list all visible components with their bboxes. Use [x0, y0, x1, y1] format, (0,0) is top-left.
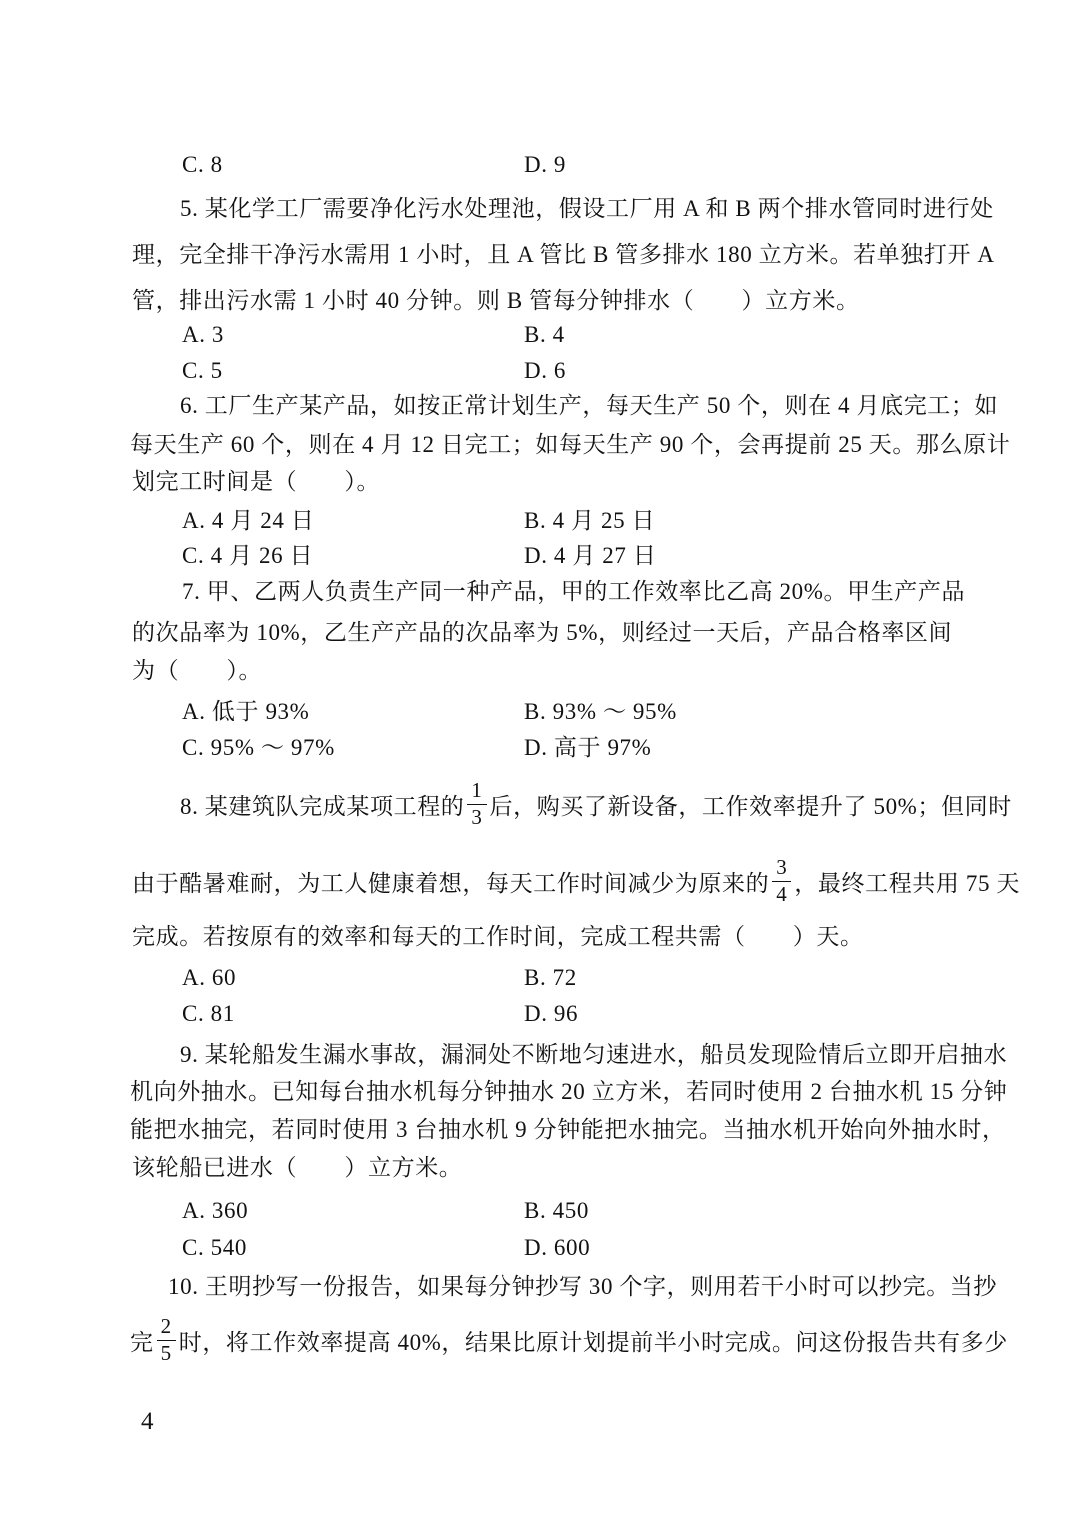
- question-8-line-1-text-pre: 8. 某建筑队完成某项工程的: [180, 788, 464, 821]
- question-8-option-a: A. 60: [182, 963, 236, 993]
- question-10-line-2-text-pre: 完: [130, 1324, 154, 1357]
- question-5-option-c: C. 5: [182, 356, 223, 386]
- question-8-line-2-text-pre: 由于酷暑难耐，为工人健康着想，每天工作时间减少为原来的: [132, 865, 769, 898]
- question-7-option-a: A. 低于 93%: [182, 697, 309, 727]
- question-9-line-3: 能把水抽完，若同时使用 3 台抽水机 9 分钟能把水抽完。当抽水机开始向外抽水时…: [130, 1115, 1006, 1145]
- question-10-line-1: 10. 王明抄写一份报告，如果每分钟抄写 30 个字，则用若干小时可以抄完。当抄: [168, 1272, 997, 1302]
- question-8-option-c: C. 81: [182, 999, 235, 1029]
- question-8-line-3: 完成。若按原有的效率和每天的工作时间，完成工程共需（ ）天。: [132, 922, 864, 952]
- question-8-option-b: B. 72: [524, 963, 577, 993]
- prev-question-option-c: C. 8: [182, 150, 223, 180]
- question-5-line-1: 5. 某化学工厂需要净化污水处理池，假设工厂用 A 和 B 两个排水管同时进行处: [180, 194, 994, 224]
- question-6-option-b: B. 4 月 25 日: [524, 506, 655, 536]
- question-9-line-2: 机向外抽水。已知每台抽水机每分钟抽水 20 立方米，若同时使用 2 台抽水机 1…: [130, 1077, 1007, 1107]
- question-5-option-d: D. 6: [524, 356, 566, 386]
- question-7-option-d: D. 高于 97%: [524, 733, 651, 763]
- question-8-line-2-text-post: ，最终工程共用 75 天: [794, 865, 1020, 898]
- fraction-three-quarters: 3 4: [772, 856, 791, 906]
- question-8-option-d: D. 96: [524, 999, 578, 1029]
- fraction-numerator: 1: [467, 779, 486, 805]
- fraction-numerator: 3: [772, 856, 791, 882]
- question-5-option-b: B. 4: [524, 320, 565, 350]
- question-6-line-3: 划完工时间是（ ）。: [132, 467, 380, 497]
- question-9-option-b: B. 450: [524, 1196, 589, 1226]
- question-9-option-c: C. 540: [182, 1233, 247, 1263]
- question-9-option-a: A. 360: [182, 1196, 248, 1226]
- question-9-option-d: D. 600: [524, 1233, 590, 1263]
- question-10-line-2-text-post: 时，将工作效率提高 40%，结果比原计划提前半小时完成。问这份报告共有多少: [179, 1324, 1008, 1357]
- question-8-line-2: 由于酷暑难耐，为工人健康着想，每天工作时间减少为原来的 3 4 ，最终工程共用 …: [132, 845, 1020, 917]
- page-number: 4: [141, 1408, 154, 1436]
- question-8-line-1-text-post: 后，购买了新设备，工作效率提升了 50%；但同时: [490, 788, 1012, 821]
- question-9-line-1: 9. 某轮船发生漏水事故，漏洞处不断地匀速进水，船员发现险情后立即开启抽水: [180, 1040, 1007, 1070]
- question-6-option-a: A. 4 月 24 日: [182, 506, 314, 536]
- question-7-line-1: 7. 甲、乙两人负责生产同一种产品，甲的工作效率比乙高 20%。甲生产产品: [182, 577, 965, 607]
- fraction-numerator: 2: [157, 1315, 176, 1341]
- question-7-option-b: B. 93% ～ 95%: [524, 697, 677, 727]
- fraction-denominator: 4: [776, 882, 787, 907]
- question-6-line-1: 6. 工厂生产某产品，如按正常计划生产，每天生产 50 个，则在 4 月底完工；…: [180, 391, 998, 421]
- prev-question-option-d: D. 9: [524, 150, 566, 180]
- question-7-option-c: C. 95% ～ 97%: [182, 733, 335, 763]
- question-9-line-4: 该轮船已进水（ ）立方米。: [132, 1153, 462, 1183]
- exam-page: C. 8 D. 9 5. 某化学工厂需要净化污水处理池，假设工厂用 A 和 B …: [0, 0, 1077, 1518]
- question-5-line-2: 理，完全排干净污水需用 1 小时，且 A 管比 B 管多排水 180 立方米。若…: [132, 240, 995, 270]
- question-6-option-d: D. 4 月 27 日: [524, 541, 656, 571]
- question-10-line-2: 完 2 5 时，将工作效率提高 40%，结果比原计划提前半小时完成。问这份报告共…: [130, 1304, 1008, 1376]
- fraction-two-fifths: 2 5: [157, 1315, 176, 1365]
- question-6-option-c: C. 4 月 26 日: [182, 541, 313, 571]
- question-7-line-2: 的次品率为 10%，乙生产产品的次品率为 5%，则经过一天后，产品合格率区间: [132, 618, 952, 648]
- fraction-one-third: 1 3: [467, 779, 486, 829]
- question-5-line-3: 管，排出污水需 1 小时 40 分钟。则 B 管每分钟排水（ ）立方米。: [132, 286, 860, 316]
- question-8-line-1: 8. 某建筑队完成某项工程的 1 3 后，购买了新设备，工作效率提升了 50%；…: [180, 768, 1012, 840]
- question-6-line-2: 每天生产 60 个，则在 4 月 12 日完工；如每天生产 90 个，会再提前 …: [130, 430, 1010, 460]
- fraction-denominator: 5: [161, 1341, 172, 1366]
- question-7-line-3: 为（ ）。: [132, 656, 262, 686]
- fraction-denominator: 3: [471, 805, 482, 830]
- question-5-option-a: A. 3: [182, 320, 224, 350]
